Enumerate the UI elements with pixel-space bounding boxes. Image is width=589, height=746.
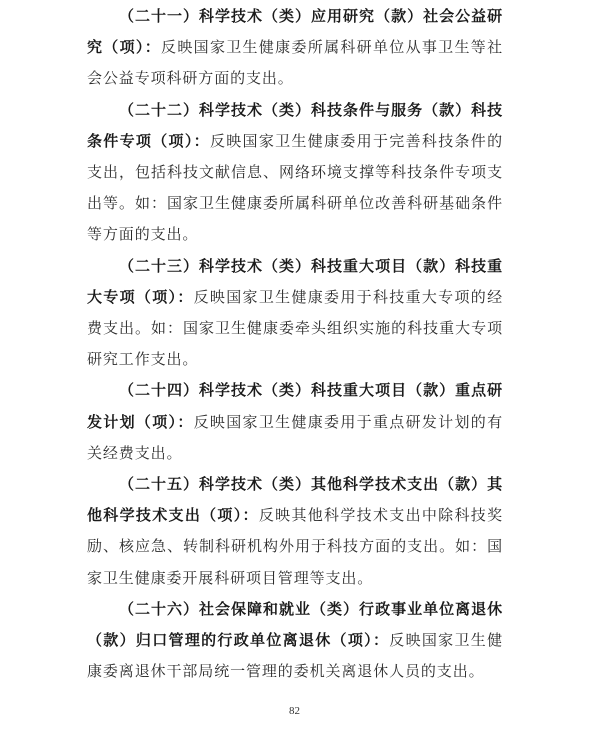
section-25: （二十五）科学技术（类）其他科学技术支出（款）其他科学技术支出（项）：反映其他科… [87,469,503,594]
section-24: （二十四）科学技术（类）科技重大项目（款）重点研发计划（项）：反映国家卫生健康委… [87,375,503,469]
section-23: （二十三）科学技术（类）科技重大项目（款）科技重大专项（项）：反映国家卫生健康委… [87,251,503,376]
section-22: （二十二）科学技术（类）科技条件与服务（款）科技条件专项（项）：反映国家卫生健康… [87,95,503,251]
document-page: （二十一）科学技术（类）应用研究（款）社会公益研究（项）：反映国家卫生健康委所属… [87,1,503,687]
section-26: （二十六）社会保障和就业（类）行政事业单位离退休（款）归口管理的行政单位离退休（… [87,594,503,688]
section-21: （二十一）科学技术（类）应用研究（款）社会公益研究（项）：反映国家卫生健康委所属… [87,1,503,95]
page-number: 82 [0,705,589,717]
